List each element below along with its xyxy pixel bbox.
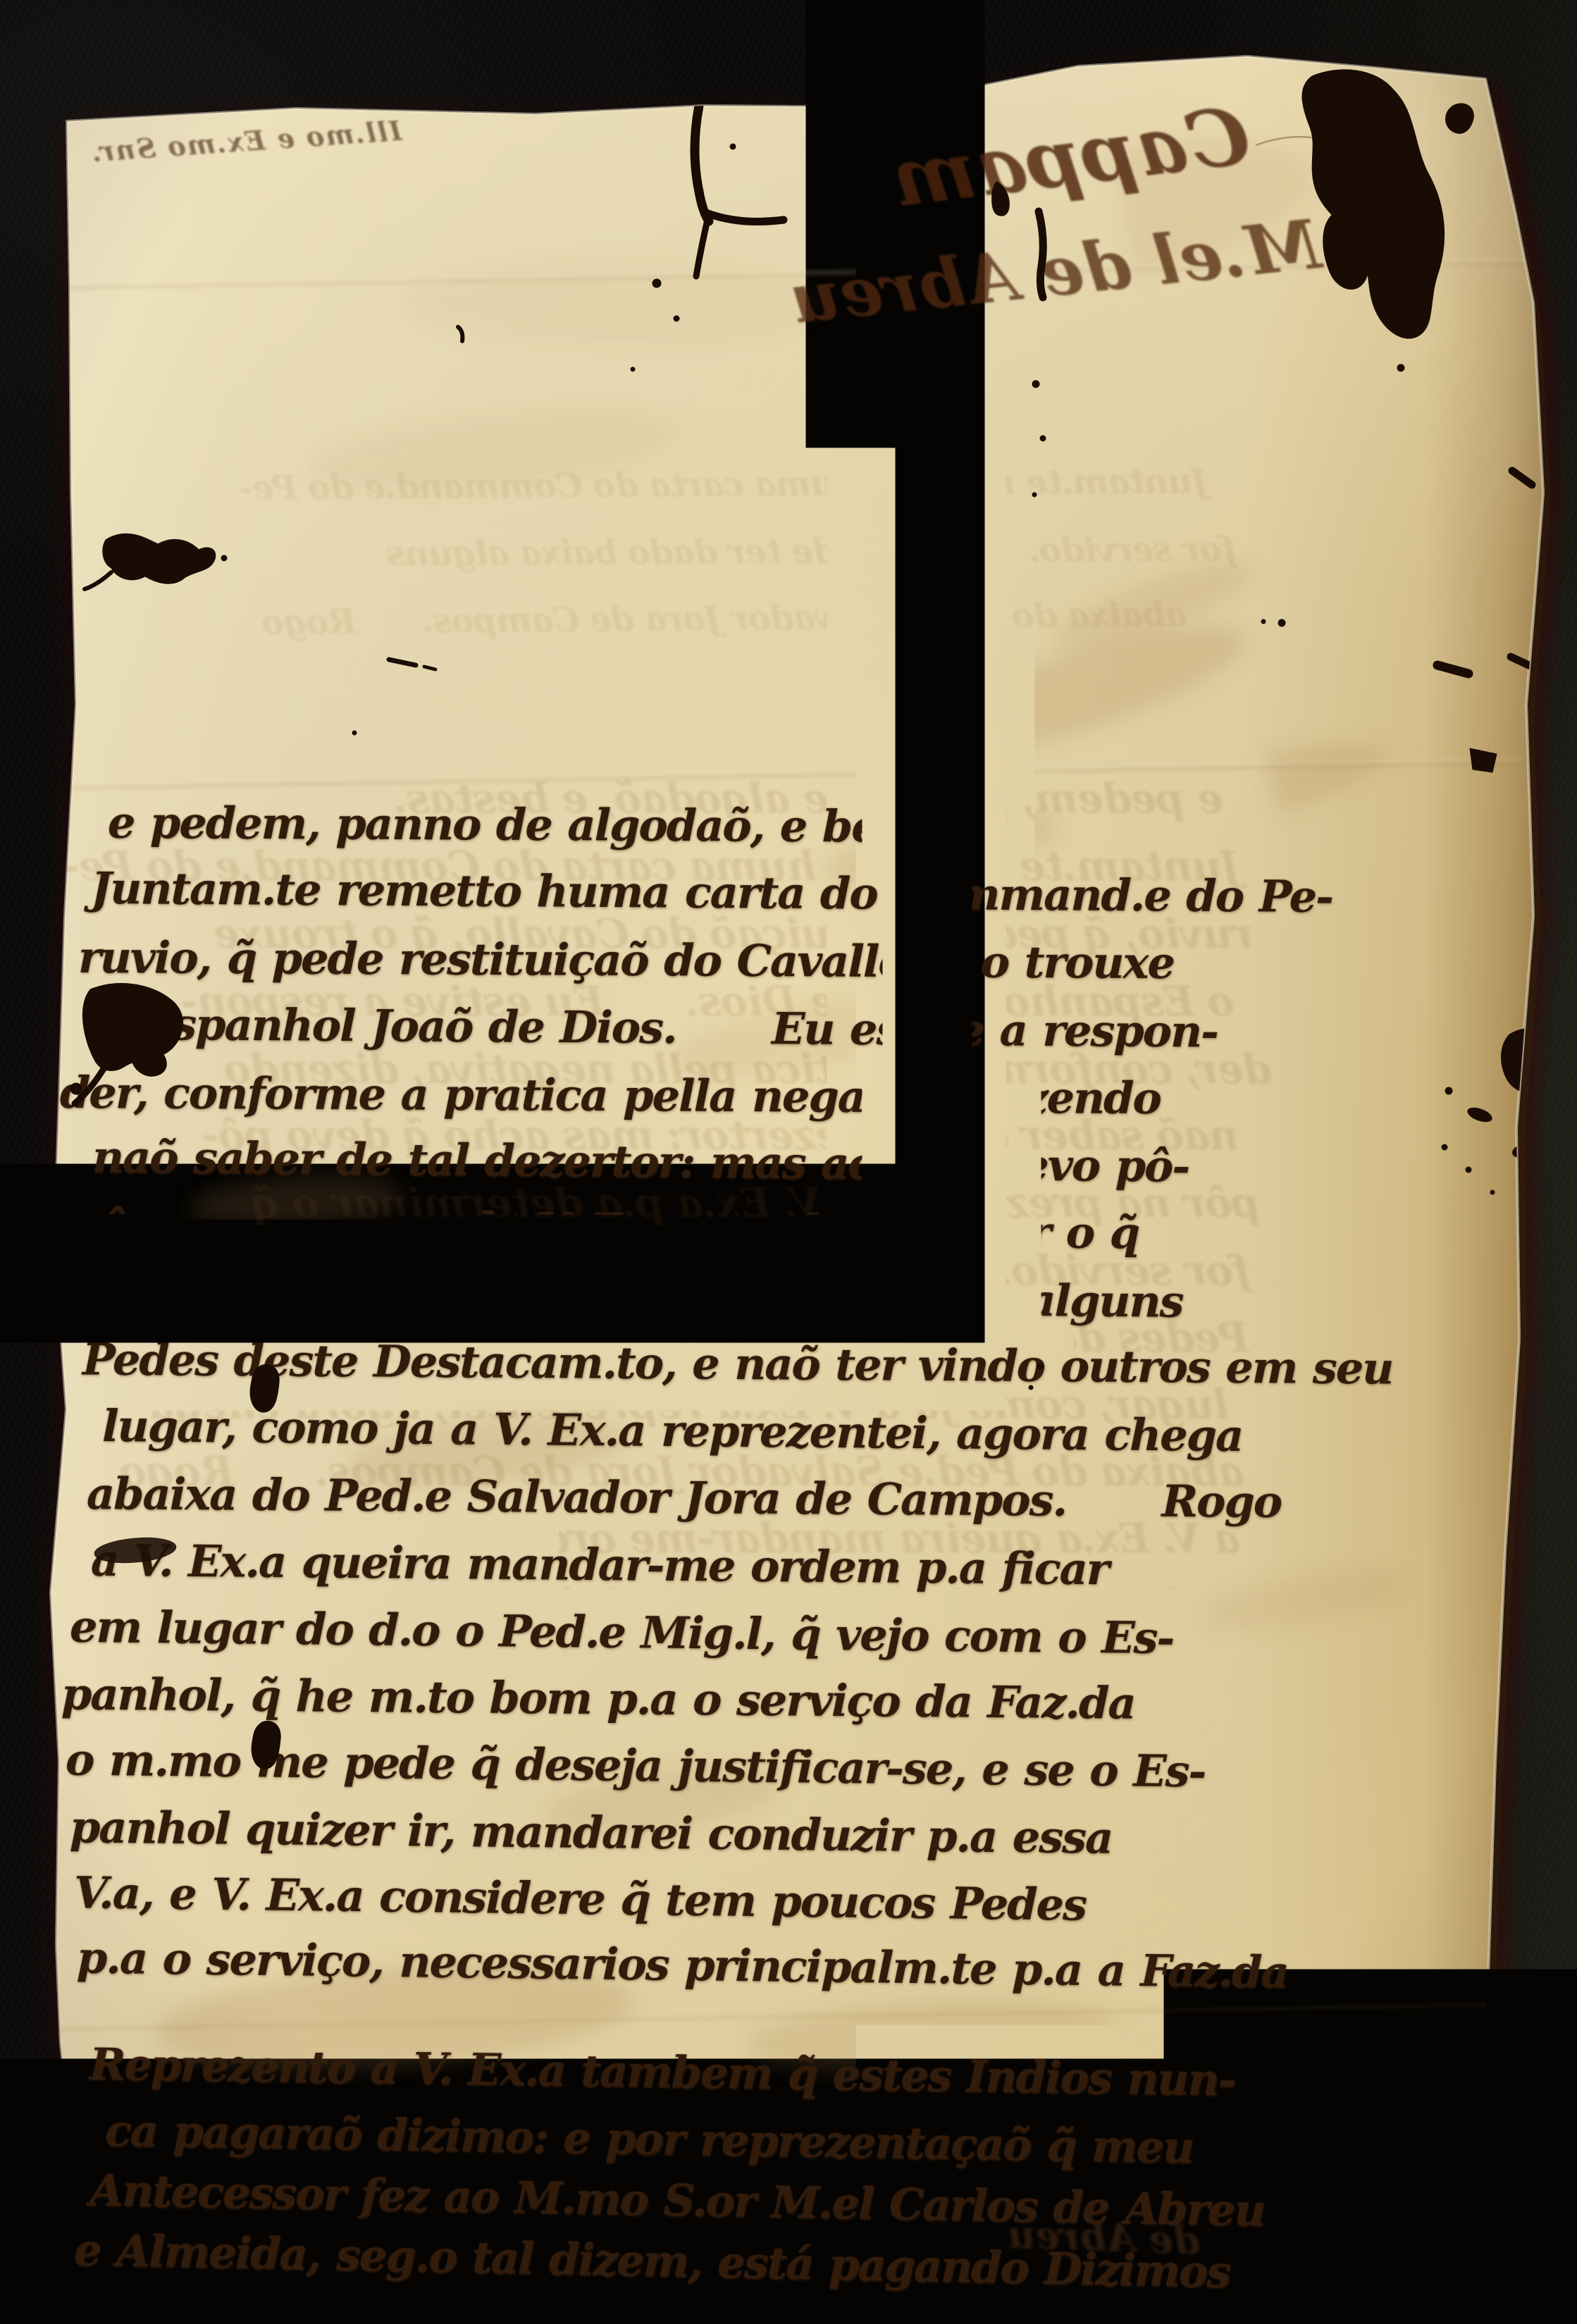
- ink-spots-right-edge: [1261, 471, 1560, 1194]
- large-ink-blot-top-right: [1302, 70, 1445, 338]
- ink-cross-blot-bottom-right: [1332, 2111, 1545, 2226]
- ink-blots: [70, 70, 1560, 2226]
- ink-blot-left-margin: [85, 533, 227, 589]
- ink-drip-column-top-center: [458, 106, 884, 341]
- ink-blot-over-espanhol: [70, 984, 183, 1104]
- manuscript-photo: Juntam.te remetto huma carta do Command.…: [0, 0, 1577, 2324]
- ink-blots-layer: [0, 0, 1577, 2324]
